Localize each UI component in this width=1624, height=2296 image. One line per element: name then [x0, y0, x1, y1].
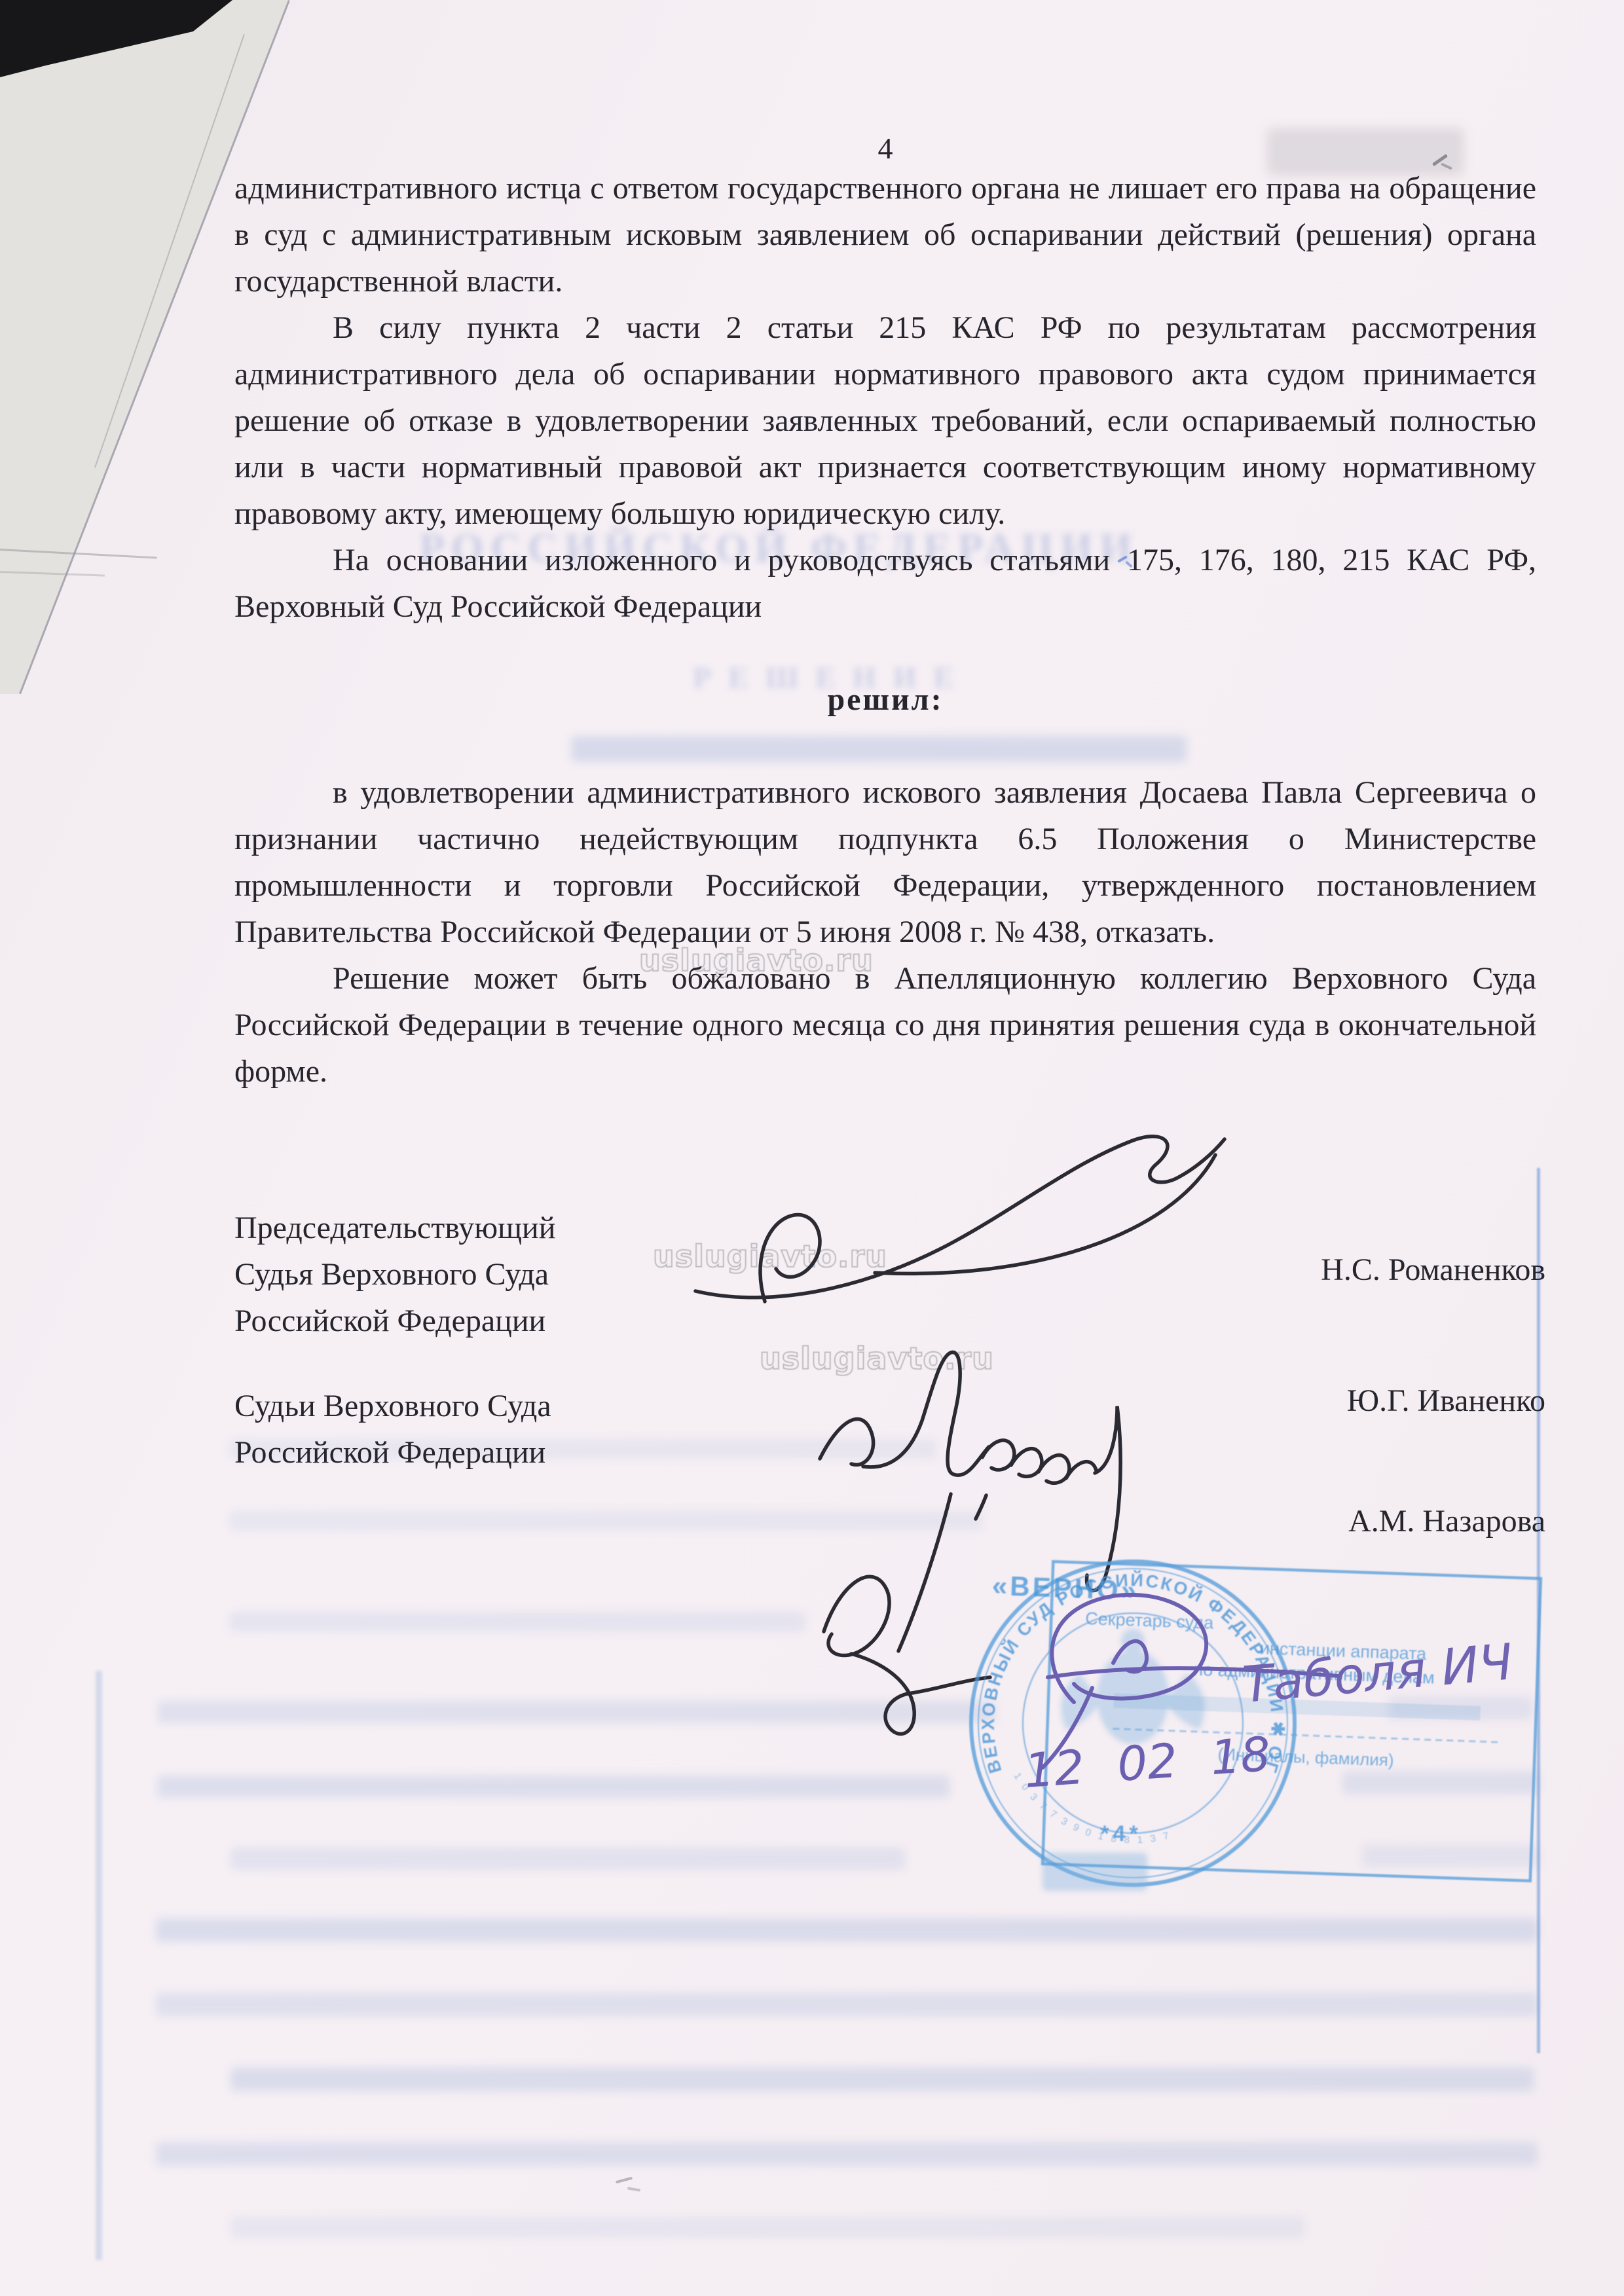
secretary-signature	[1043, 1595, 1338, 1768]
bleedthrough-vertical-line	[1537, 1168, 1540, 2053]
watermark: uslugiavto.ru	[653, 1239, 887, 1274]
stamp-verno-title: «ВЕРНО»	[991, 1570, 1139, 1606]
judge-name: Ю.Г. Иваненко	[1179, 1383, 1545, 1419]
bleedthrough-line	[157, 1776, 950, 1798]
presiding-judge-label: Председательствующий Судья Верховного Су…	[234, 1205, 555, 1344]
bleedthrough-line	[229, 1511, 982, 1531]
scanned-court-decision-page: РОССИЙСКОЙ ФЕДЕРАЦИИ РЕШЕНИЕ uslugiavto.…	[0, 0, 1624, 2296]
bleedthrough-line	[156, 2142, 1538, 2166]
label-line: Судья Верховного Суда	[234, 1251, 555, 1298]
stamp-signature-line	[1113, 1728, 1500, 1742]
pencil-mark	[627, 2187, 640, 2191]
stamp-line: по административным делам	[1193, 1660, 1435, 1688]
paragraph: Решение может быть обжаловано в Апелляци…	[234, 955, 1536, 1095]
paragraph: в удовлетворении административного исков…	[234, 769, 1536, 955]
signature-romanenkov	[695, 1137, 1225, 1302]
stamp-line: Секретарь суда	[1085, 1609, 1215, 1633]
bleedthrough-line	[229, 1612, 805, 1631]
judges-label: Судьи Верховного Суда Российской Федерац…	[234, 1383, 551, 1476]
bleedthrough-line	[1342, 1772, 1539, 1794]
paragraph: административного истца с ответом госуда…	[234, 165, 1536, 304]
bleedthrough-line	[1388, 1697, 1532, 1719]
pencil-mark	[616, 2177, 633, 2184]
stamp-caption: (Инициалы, фамилия)	[1217, 1744, 1394, 1770]
decision-body: административного истца с ответом госуда…	[234, 165, 1536, 1095]
seal-bottom-mark: *4*	[1100, 1821, 1141, 1846]
page-number: 4	[234, 131, 1536, 166]
label-line: Российской Федерации	[234, 1429, 551, 1476]
bleedthrough-line	[156, 1918, 1538, 1942]
bleedthrough-line	[231, 2217, 1304, 2238]
presiding-judge-name: Н.С. Романенков	[1179, 1252, 1545, 1288]
handwritten-date: 12 02 18	[1022, 1726, 1272, 1798]
bleedthrough-line	[231, 1848, 905, 1870]
seal-rim-microtext: 1 0 3 7 7 3 9 0 1 8 8 1 3 7	[1011, 1771, 1172, 1846]
stamp-line: инстанции аппарата	[1259, 1638, 1427, 1664]
bleedthrough-left-strip	[96, 1671, 102, 2260]
bleedthrough-line	[231, 2068, 1534, 2091]
label-line: Судьи Верховного Суда	[234, 1383, 551, 1429]
bleedthrough-line	[156, 1993, 1538, 2016]
seal-emblem-eagle	[1043, 1629, 1205, 1891]
bleedthrough-line	[157, 1701, 995, 1723]
label-line: Российской Федерации	[234, 1298, 555, 1344]
judge-name: А.М. Назарова	[1179, 1503, 1545, 1539]
watermark: uslugiavto.ru	[760, 1341, 994, 1376]
signature-ivanenko	[820, 1352, 1120, 1590]
certification-stamp: «ВЕРНО» Секретарь суда инстанции аппарат…	[982, 1559, 1541, 1881]
svg-text:1 0 3 7 7 3 9 0 1 8 8 1 3 7: 1 0 3 7 7 3 9 0 1 8 8 1 3 7	[1011, 1771, 1172, 1846]
label-line: Председательствующий	[234, 1205, 555, 1251]
bleedthrough-line	[1362, 1845, 1539, 1867]
resolution-heading: решил:	[234, 676, 1536, 723]
paragraph: В силу пункта 2 части 2 статьи 215 КАС Р…	[234, 304, 1536, 537]
paragraph: На основании изложенного и руководствуяс…	[234, 537, 1536, 630]
